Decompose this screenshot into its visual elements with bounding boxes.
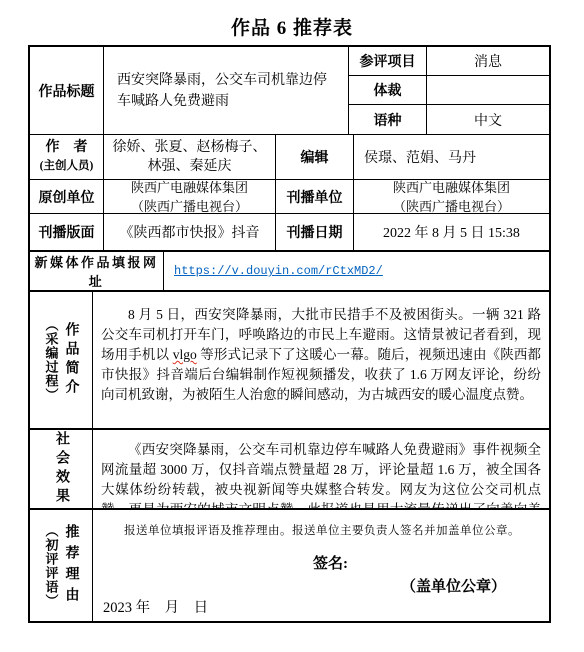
intro-label: 作品简介 ︵采编过程︶ [30, 292, 93, 430]
url-value-cell: https://v.douyin.com/rCtxMD2/ [164, 252, 549, 292]
intro-vertical-label: 作品简介 ︵采编过程︶ [42, 318, 81, 402]
genre-value [427, 76, 549, 105]
recommendation-vertical-label: 推荐理由 ︵初评评语︶ [42, 524, 81, 608]
authors-label-sub: (主创人员) [40, 157, 94, 176]
row-entry-category: 参评项目 消息 [349, 47, 549, 76]
signature-label: 签名: [313, 552, 541, 573]
publish-date-label: 刊播日期 [276, 214, 354, 252]
intro-paragraph: 8 月 5 日，西安突降暴雨，大批市民措手不及被困街头。一辆 321 路公交车司… [101, 305, 541, 405]
work-title-label: 作品标题 [30, 47, 104, 135]
language-value: 中文 [427, 105, 549, 135]
publish-unit-label: 刊播单位 [276, 180, 354, 214]
page-title: 作品 6 推荐表 [0, 0, 584, 40]
entry-category-label: 参评项目 [349, 47, 427, 76]
publish-page-label: 刊播版面 [30, 214, 104, 252]
original-unit-label: 原创单位 [30, 180, 104, 214]
recommendation-table: 作品标题 西安突降暴雨，公交车司机靠边停车喊路人免费避雨 参评项目 消息 体裁 … [28, 45, 551, 623]
douyin-url-link[interactable]: https://v.douyin.com/rCtxMD2/ [174, 264, 383, 278]
row-social-effect: 社会效果 《西安突降暴雨，公交车司机靠边停车喊路人免费避雨》事件视频全网流量超 … [30, 430, 549, 510]
publish-page-value: 《陕西都市快报》抖音 [104, 214, 276, 252]
row-language: 语种 中文 [349, 105, 549, 135]
row-url: 新媒体作品填报网址 https://v.douyin.com/rCtxMD2/ [30, 252, 549, 292]
row-publish-page: 刊播版面 《陕西都市快报》抖音 刊播日期 2022 年 8 月 5 日 15:3… [30, 214, 549, 252]
row-intro: 作品简介 ︵采编过程︶ 8 月 5 日，西安突降暴雨，大批市民措手不及被困街头。… [30, 292, 549, 430]
entry-category-value: 消息 [427, 47, 549, 76]
authors-value: 徐娇、张夏、赵杨梅子、 林强、秦延庆 [104, 135, 276, 180]
publish-unit-value: 陕西广电融媒体集团 （陕西广播电视台） [354, 180, 549, 214]
genre-label: 体裁 [349, 76, 427, 105]
row-recommendation: 推荐理由 ︵初评评语︶ 报送单位填报评语及推荐理由。报送单位主要负责人签名并加盖… [30, 510, 549, 621]
social-effect-cell: 《西安突降暴雨，公交车司机靠边停车喊路人免费避雨》事件视频全网流量超 3000 … [93, 430, 549, 510]
social-effect-paragraph: 《西安突降暴雨，公交车司机靠边停车喊路人免费避雨》事件视频全网流量超 3000 … [101, 440, 541, 510]
work-title-value: 西安突降暴雨，公交车司机靠边停车喊路人免费避雨 [104, 47, 349, 135]
editor-label: 编辑 [276, 135, 354, 180]
authors-label: 作 者 (主创人员) [30, 135, 104, 180]
editor-value: 侯璟、范娟、马丹 [354, 135, 549, 180]
row-genre: 体裁 [349, 76, 549, 105]
social-effect-label: 社会效果 [30, 430, 93, 510]
recommendation-form-page: 作品 6 推荐表 作品标题 西安突降暴雨，公交车司机靠边停车喊路人免费避雨 参评… [0, 0, 584, 652]
date-line: 2023 年 月 日 [103, 596, 541, 617]
publish-date-value: 2022 年 8 月 5 日 15:38 [354, 214, 549, 252]
seal-label: （盖单位公章） [401, 575, 541, 596]
category-subtable: 参评项目 消息 体裁 语种 中文 [349, 47, 549, 135]
authors-label-main: 作 者 [40, 138, 94, 157]
original-unit-value: 陕西广电融媒体集团 （陕西广播电视台） [104, 180, 276, 214]
row-work-title: 作品标题 西安突降暴雨，公交车司机靠边停车喊路人免费避雨 参评项目 消息 体裁 … [30, 47, 549, 135]
row-authors: 作 者 (主创人员) 徐娇、张夏、赵杨梅子、 林强、秦延庆 编辑 侯璟、范娟、马… [30, 135, 549, 180]
url-label: 新媒体作品填报网址 [30, 252, 164, 292]
language-label: 语种 [349, 105, 427, 135]
intro-text-cell: 8 月 5 日，西安突降暴雨，大批市民措手不及被困街头。一辆 321 路公交车司… [93, 292, 549, 430]
recommendation-note: 报送单位填报评语及推荐理由。报送单位主要负责人签名并加盖单位公章。 [101, 522, 541, 538]
recommendation-label: 推荐理由 ︵初评评语︶ [30, 510, 93, 621]
misspelled-word: vlgo [173, 347, 197, 362]
row-original-unit: 原创单位 陕西广电融媒体集团 （陕西广播电视台） 刊播单位 陕西广电融媒体集团 … [30, 180, 549, 214]
recommendation-cell: 报送单位填报评语及推荐理由。报送单位主要负责人签名并加盖单位公章。 签名: （盖… [93, 510, 549, 621]
